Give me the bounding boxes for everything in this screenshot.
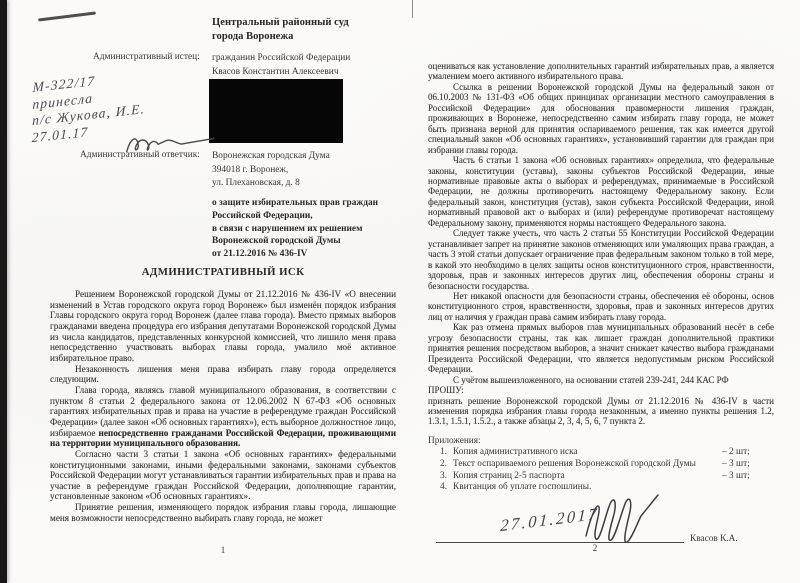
attachment-quantity: – 2 шт; (722, 447, 774, 459)
attachment-text: Текст оспариваемого решения Воронежской … (453, 459, 722, 471)
attachment-row: 3.Копия страниц 2-5 паспорта– 3 шт; (428, 471, 774, 483)
defendant-value: Воронежская городская Дума394018 г. Воро… (212, 150, 330, 191)
page2-body: оцениваться как установление дополнитель… (428, 61, 774, 427)
text-line: Воронежской городской Думы (212, 235, 378, 248)
text-segment: Как раз отмена прямых выборов глав муниц… (428, 322, 774, 374)
text-line: Российской Федерации, (212, 210, 378, 223)
attachment-quantity (722, 482, 774, 494)
redaction-box (209, 79, 343, 143)
text-line: Воронежская городская Дума (212, 150, 330, 164)
bold-text-segment: непосредственно гражданами Российской Фе… (50, 428, 396, 449)
attachments-title: Приложения: (428, 436, 774, 448)
paragraph: Следует также учесть, что часть 2 статьи… (428, 228, 774, 291)
paragraph: Как раз отмена прямых выборов глав муниц… (428, 322, 774, 374)
text-segment: Следует также учесть, что часть 2 статьи… (428, 228, 774, 290)
paragraph: ПРОШУ: (428, 385, 774, 395)
paragraph: Незаконность лишения меня права избирать… (50, 364, 396, 385)
attachments-section: Приложения: 1.Копия административного ис… (428, 436, 774, 494)
pen-dash-mark (38, 11, 96, 21)
paragraph: Глава города, являясь главой муниципальн… (50, 385, 396, 449)
text-segment: Ссылка в решении Воронежской городской Д… (428, 82, 774, 155)
paragraph: оцениваться как установление дополнитель… (428, 61, 774, 82)
paragraph: С учётом вышеизложенного, на основании с… (428, 375, 774, 385)
text-segment: С учётом вышеизложенного, на основании с… (453, 375, 729, 385)
paragraph: Согласно части 3 статьи 1 закона «Об осн… (50, 449, 396, 502)
text-line: гражданин Российской Федерации (212, 52, 350, 66)
attachment-number: 2. (440, 459, 453, 471)
page2-main-column: оцениваться как установление дополнитель… (428, 61, 774, 568)
text-line: ул. Плехановская, д. 8 (212, 177, 330, 191)
text-line: в связи с нарушением их решением (212, 223, 378, 236)
plaintiff-label: Административный истец: (93, 52, 200, 62)
text-line: от 21.12.2016 № 436-IV (212, 248, 378, 261)
attachment-number: 1. (440, 447, 453, 459)
text-line: города Воронежа (212, 30, 349, 44)
text-line: о защите избирательных прав граждан (212, 197, 378, 210)
text-line: Центральный районный суд (212, 16, 349, 30)
attachment-number: 4. (440, 482, 453, 494)
document-title: АДМИНИСТРАТИВНЫЙ ИСК (50, 266, 396, 278)
text-segment: Нет никакой опасности для безопасности с… (428, 291, 774, 322)
text-segment: Принятие решения, изменяющего порядок из… (50, 502, 396, 523)
attachments-list: 1.Копия административного иска– 2 шт;2.Т… (428, 447, 774, 493)
scanned-document: Центральный районный судгорода Воронежа … (0, 0, 800, 583)
case-subject: о защите избирательных прав гражданРосси… (212, 197, 378, 261)
page1-number: 1 (50, 546, 396, 556)
defendant-label: Административный ответчик: (80, 150, 200, 160)
text-segment: Незаконность лишения меня права избирать… (50, 364, 396, 385)
attachment-text: Копия страниц 2-5 паспорта (453, 471, 722, 483)
paragraph: Нет никакой опасности для безопасности с… (428, 291, 774, 322)
signature-area: 27.01.2017 Квасов К.А. (428, 496, 774, 568)
text-segment: Решением Воронежской городской Думы от 2… (50, 289, 396, 363)
attachment-row: 1.Копия административного иска– 2 шт; (428, 447, 774, 459)
page-seam-line (412, 0, 413, 18)
text-segment: оцениваться как установление дополнитель… (428, 61, 774, 81)
scan-edge-strip (0, 0, 7, 583)
page2-number: 2 (585, 544, 605, 554)
paragraph: Решением Воронежской городской Думы от 2… (50, 289, 396, 364)
attachment-quantity: – 3 шт; (722, 459, 774, 471)
text-line: 394018 г. Воронеж, (212, 164, 330, 178)
attachment-number: 3. (440, 471, 453, 483)
text-segment: признать решение Воронежской городской Д… (428, 396, 774, 427)
plaintiff-value: гражданин Российской ФедерацииКвасов Кон… (212, 52, 350, 79)
paragraph: Ссылка в решении Воронежской городской Д… (428, 82, 774, 155)
attachment-text: Копия административного иска (453, 447, 722, 459)
text-segment: Часть 6 статьи 1 закона «Об основных гар… (428, 155, 774, 228)
page1-main-column: АДМИНИСТРАТИВНЫЙ ИСК Решением Воронежско… (50, 266, 396, 523)
paragraph: Часть 6 статьи 1 закона «Об основных гар… (428, 155, 774, 228)
page1-body: Решением Воронежской городской Думы от 2… (50, 289, 396, 523)
attachment-quantity: – 3 шт; (722, 471, 774, 483)
signatory-name: Квасов К.А. (690, 534, 738, 544)
text-segment: Согласно части 3 статьи 1 закона «Об осн… (50, 449, 396, 502)
court-header: Центральный районный судгорода Воронежа (212, 16, 349, 43)
attachment-row: 2.Текст оспариваемого решения Воронежско… (428, 459, 774, 471)
paragraph: признать решение Воронежской городской Д… (428, 396, 774, 427)
paragraph: Принятие решения, изменяющего порядок из… (50, 502, 396, 523)
signature-line (436, 542, 684, 543)
text-line: Квасов Константин Алексеевич (212, 66, 350, 80)
text-segment: ПРОШУ: (428, 385, 464, 395)
